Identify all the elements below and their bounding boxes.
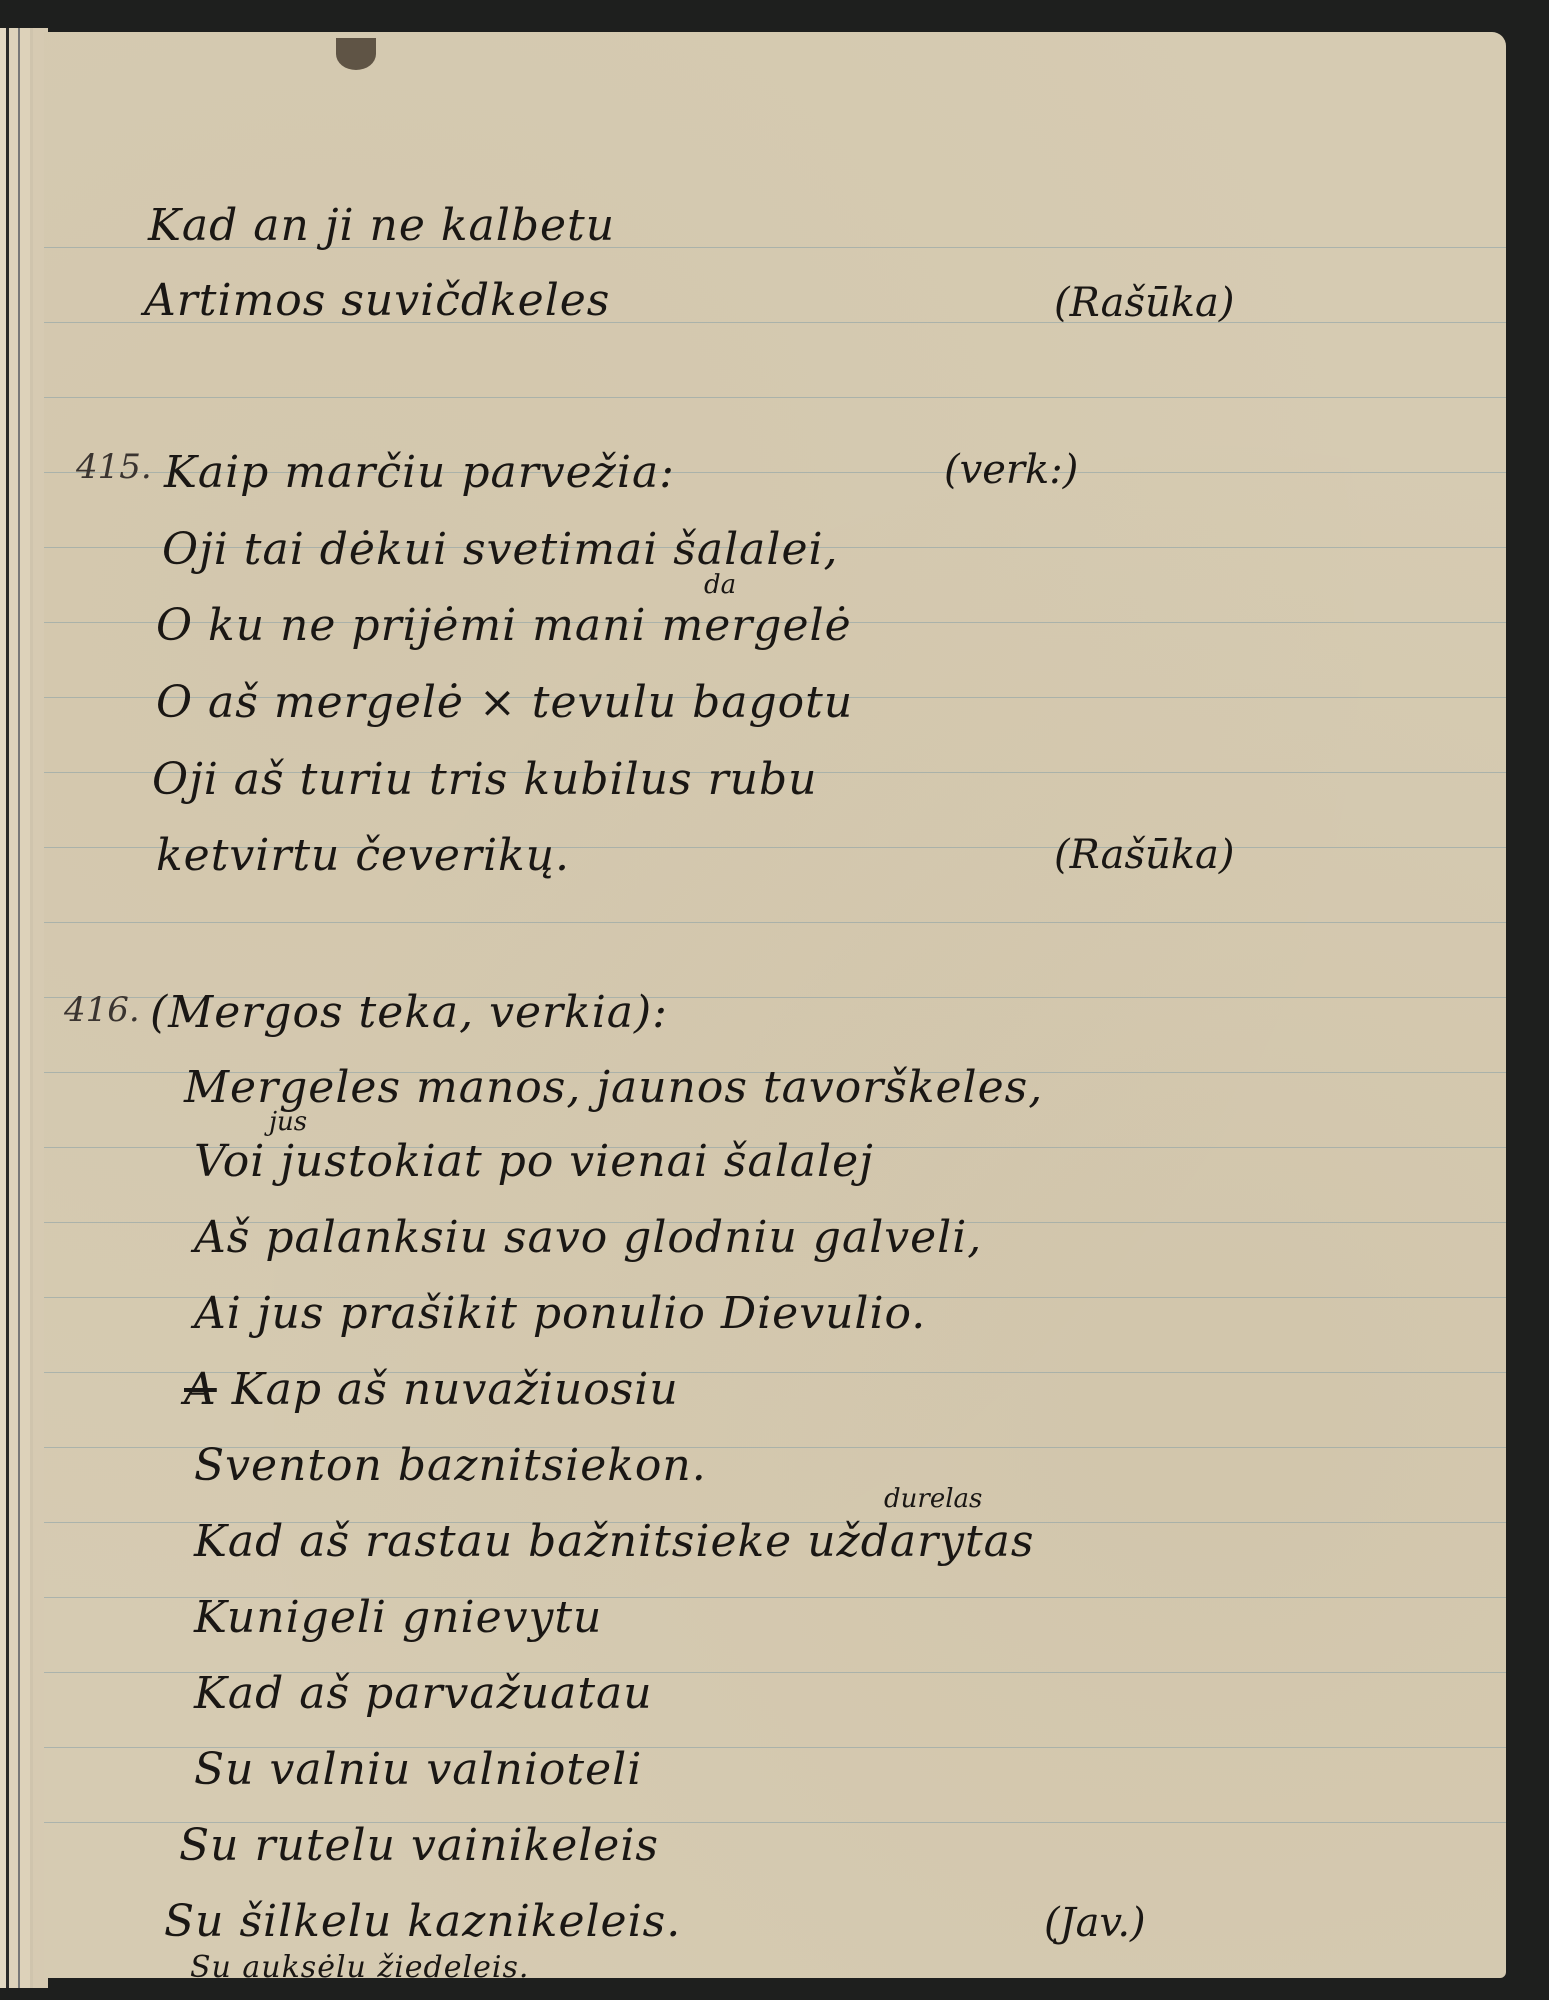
verse-line: Voi justokiat po vienai šalalej <box>194 1136 874 1187</box>
rule-line <box>44 922 1506 923</box>
verse-line: Kad aš parvažuatau <box>194 1668 653 1719</box>
entry-title: (Mergos teka, verkia): <box>150 987 668 1038</box>
page-stack-edge <box>0 28 48 1988</box>
header-verse-line: Artimos suvičdkeles <box>144 275 610 326</box>
header-verse-line: Kad an ji ne kalbetu <box>148 200 615 251</box>
verse-line: O ku ne prijėmi mani mergelė <box>156 600 852 651</box>
verse-line: Ai jus prašikit ponulio Dievulio. <box>194 1288 926 1339</box>
verse-line: Aš palanksiu savo glodniu galveli, <box>194 1212 982 1263</box>
insertion-above: jus <box>269 1107 307 1137</box>
source-attribution: (Rašūka) <box>1054 280 1234 326</box>
verse-line: Su valniu valnioteli <box>194 1744 642 1795</box>
entry-title: Kaip marčiu parvežia: <box>164 447 675 498</box>
verse-line: Oji aš turiu tris kubilus rubu <box>152 754 817 805</box>
ink-stain <box>336 38 376 70</box>
verse-line: Kad aš rastau bažnitsieke uždarytas <box>194 1516 1035 1567</box>
verse-line: A Kap aš nuvažiuosiu <box>184 1364 679 1415</box>
verse-line: ketvirtu čeverikų. <box>156 830 570 881</box>
verse-text: Kap aš nuvažiuosiu <box>232 1364 679 1415</box>
verse-line: Kunigeli gnievytu <box>194 1592 602 1643</box>
entry-number: 416. <box>64 990 140 1030</box>
verse-line: Mergeles manos, jaunos tavorškeles, <box>184 1062 1043 1113</box>
entry-number: 415. <box>76 447 152 487</box>
verse-line: Sventon baznitsiekon. <box>194 1440 707 1491</box>
struck-word: A <box>184 1364 217 1415</box>
source-attribution: (Rašūka) <box>1054 832 1234 878</box>
verse-line: Su rutelu vainikeleis <box>179 1820 659 1871</box>
verse-line: Su auksėlu žiedeleis. <box>190 1950 529 1985</box>
insertion-above: da <box>704 570 736 600</box>
source-attribution: (Jav.) <box>1044 1900 1146 1946</box>
insertion-above: durelas <box>884 1484 982 1514</box>
verse-line: O aš mergelė × tevulu bagotu <box>156 677 853 728</box>
verse-line: Su šilkelu kaznikeleis. <box>164 1896 681 1947</box>
verse-line: Oji tai dėkui svetimai šalalei, <box>162 524 839 575</box>
notebook-page: Kad an ji ne kalbetu Artimos suvičdkeles… <box>44 32 1506 1978</box>
entry-note: (verk:) <box>944 447 1078 493</box>
rule-line <box>44 397 1506 398</box>
